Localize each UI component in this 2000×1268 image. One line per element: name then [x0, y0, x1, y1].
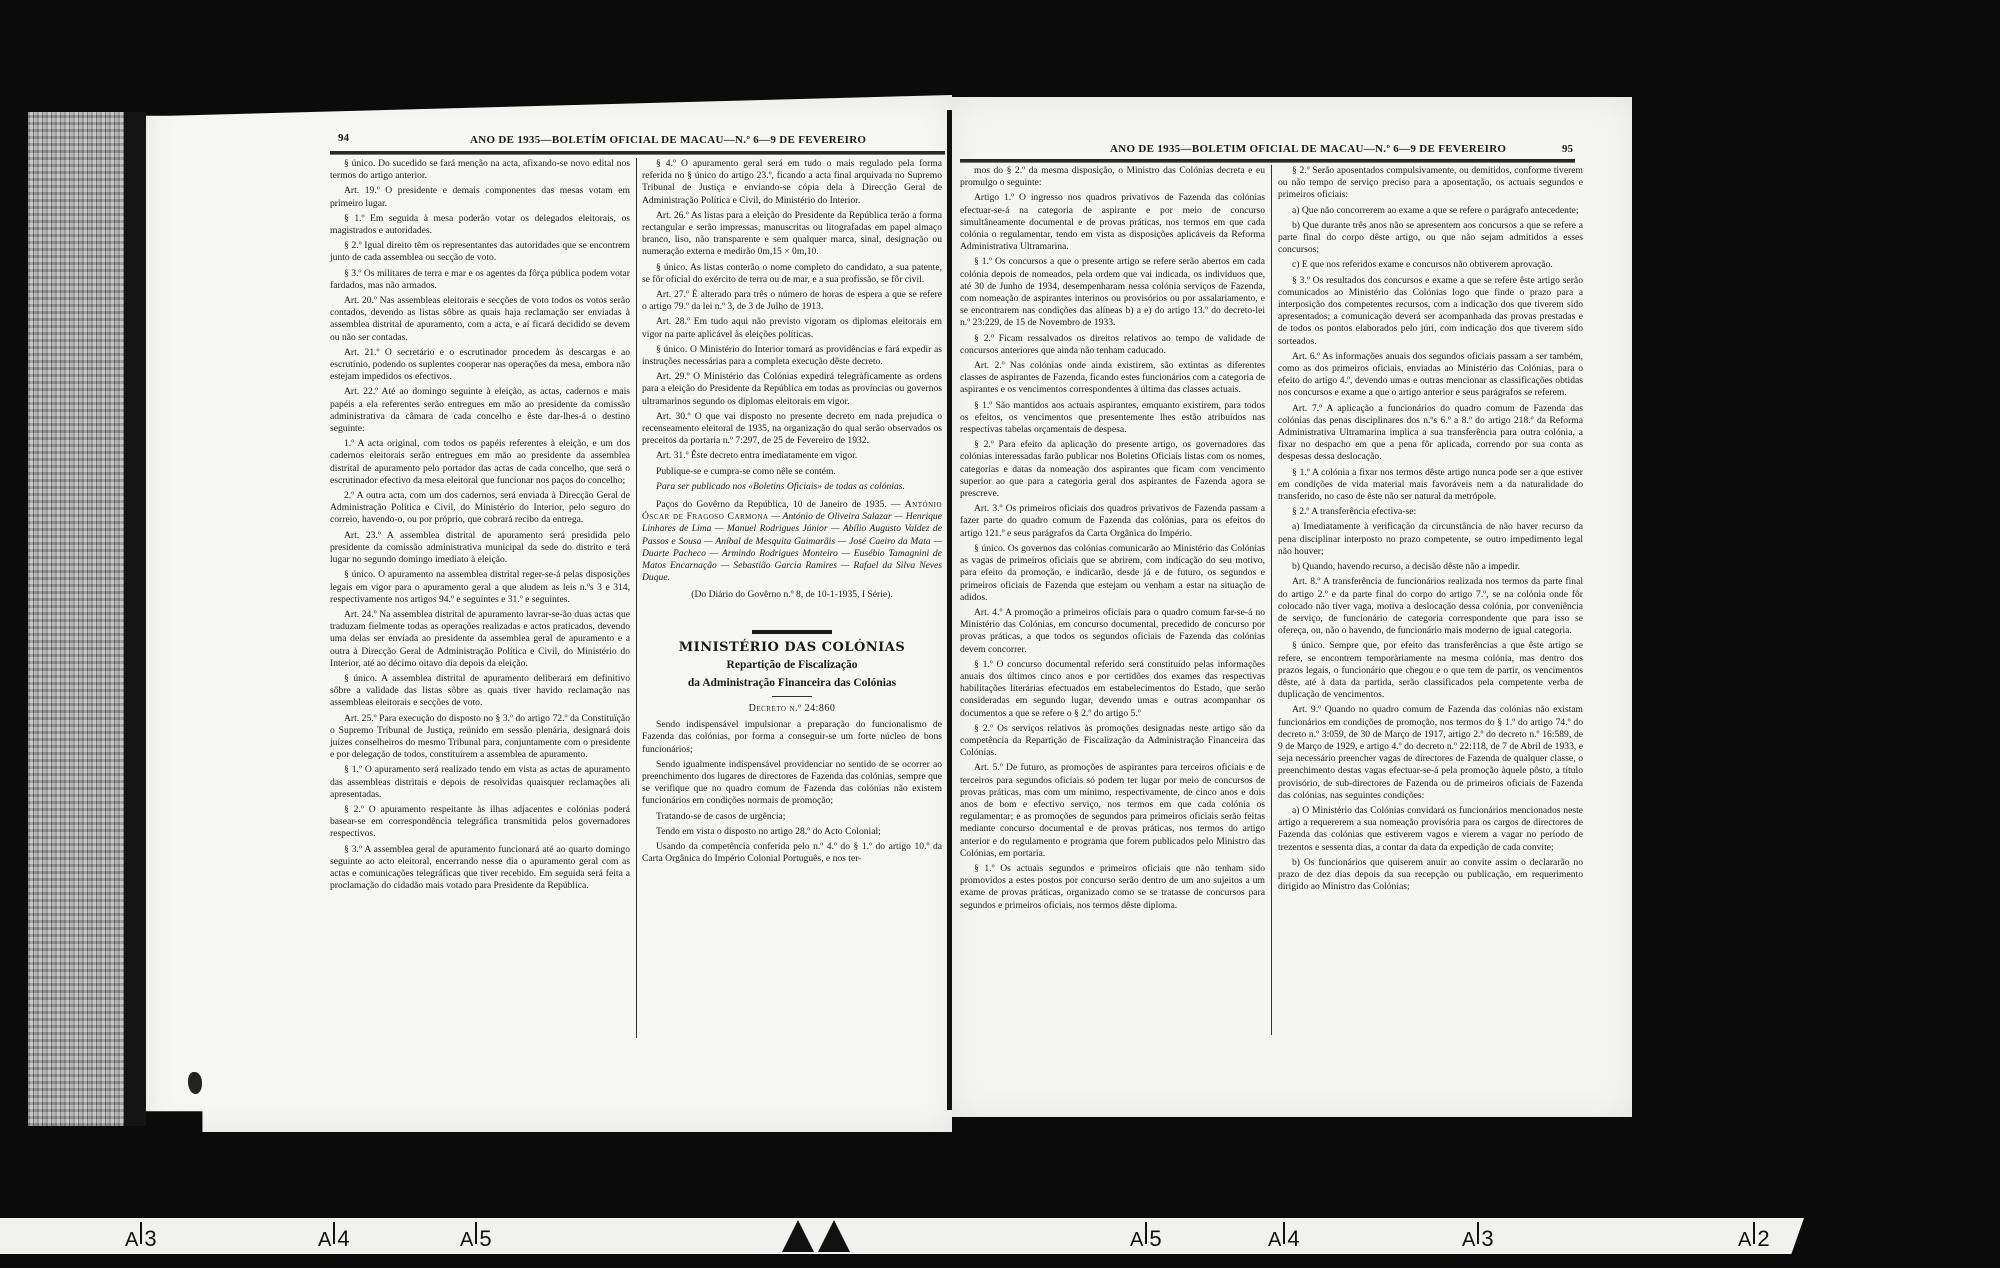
ink-smudge: [188, 1072, 202, 1094]
paragraph: Art. 28.º Em tudo aqui não previsto vigo…: [642, 316, 942, 340]
paragraph: § 1.º São mantidos aos actuais aspirante…: [960, 400, 1265, 437]
paragraph: § único. Os governos das colónias comuni…: [960, 543, 1265, 604]
heading-rule: [772, 696, 812, 697]
paragraph: Art. 19.º O presidente e demais componen…: [330, 185, 630, 209]
paragraph: Usando da competência conferida pelo n.º…: [642, 841, 942, 865]
paragraph: § 1.º O apuramento será realizado tendo …: [330, 764, 630, 801]
paragraph: Art. 21.º O secretário e o escrutinador …: [330, 347, 630, 384]
paragraph: a) O Ministério das Colónias convidará o…: [1278, 805, 1583, 854]
paragraph: § 2.º Os serviços relativos às promoções…: [960, 723, 1265, 760]
paragraph: § 2.º Ficam ressalvados os direitos rela…: [960, 333, 1265, 357]
paragraph: Art. 2.º Nas colónias onde ainda existir…: [960, 360, 1265, 397]
right-column-2: § 2.º Serão aposentados compulsivamente,…: [1278, 165, 1583, 896]
film-mark-left-1: A4: [318, 1222, 350, 1252]
source-note: (Do Diário do Govêrno n.º 8, de 10-1-193…: [642, 589, 942, 601]
left-column-divider: [636, 158, 637, 1038]
paragraph: Art. 4.º A promoção a primeiros oficiais…: [960, 607, 1265, 656]
paragraph: mos do § 2.º da mesma disposição, o Mini…: [960, 165, 1265, 189]
paragraph: § 2.º Serão aposentados compulsivamente,…: [1278, 165, 1583, 202]
paragraph: § 4.º O apuramento geral será em tudo o …: [642, 158, 942, 207]
microfilm-strip: [0, 1218, 1804, 1254]
film-notch-left: [782, 1220, 814, 1252]
film-mark-right-0: A5: [1130, 1222, 1162, 1252]
paragraph: § 2.º Para efeito da aplicação do presen…: [960, 439, 1265, 500]
page-gutter: [947, 110, 952, 1110]
paragraph: b) Que durante três anos não se apresent…: [1278, 220, 1583, 257]
section-heading: MINISTÉRIO DAS COLÓNIAS Repartição de Fi…: [642, 642, 942, 690]
paragraph: § único. A assemblea distrital de apuram…: [330, 673, 630, 710]
paragraph: b) Os funcionários que quiserem anuir ao…: [1278, 857, 1583, 894]
right-column-1: mos do § 2.º da mesma disposição, o Mini…: [960, 165, 1265, 915]
paragraph: § 1.º O concurso documental referido ser…: [960, 659, 1265, 720]
publication-note: Para ser publicado nos «Boletins Oficiai…: [642, 481, 942, 493]
film-mark-left-0: A3: [125, 1222, 157, 1252]
paragraph: § 1.º A colónia a fixar nos termos dêste…: [1278, 467, 1583, 504]
left-header-rule: [330, 151, 945, 155]
paragraph: Sendo igualmente indispensável providenc…: [642, 759, 942, 808]
paragraph: Art. 26.º As listas para a eleição do Pr…: [642, 210, 942, 259]
paragraph: Art. 25.º Para execução do disposto no §…: [330, 713, 630, 762]
paragraph: Tratando-se de casos de urgência;: [642, 811, 942, 823]
left-column-2: § 4.º O apuramento geral será em tudo o …: [642, 158, 942, 868]
paragraph: § 2.º A transferência efectiva-se:: [1278, 506, 1583, 518]
paragraph: Art. 6.º As informações anuais dos segun…: [1278, 351, 1583, 400]
right-header-rule: [960, 159, 1575, 163]
film-mark-right-1: A4: [1268, 1222, 1300, 1252]
left-column-1: § único. Do sucedido se fará menção na a…: [330, 158, 630, 895]
film-mark-left-2: A5: [460, 1222, 492, 1252]
paragraph: c) E que nos referidos exame e concursos…: [1278, 259, 1583, 271]
film-mark-right-3: A2: [1738, 1222, 1770, 1252]
paragraph: Art. 8.º A transferência de funcionários…: [1278, 576, 1583, 637]
paragraph: § 3.º Os militares de terra e mar e os a…: [330, 268, 630, 292]
paragraph: § 1.º Os actuais segundos e primeiros of…: [960, 863, 1265, 912]
paragraph: Art. 5.º De futuro, as promoções de aspi…: [960, 762, 1265, 860]
paragraph: Publique-se e cumpra-se como nêle se con…: [642, 466, 942, 478]
paragraph: Sendo indispensável impulsionar a prepar…: [642, 719, 942, 756]
paragraph: § único. Sempre que, por efeito das tran…: [1278, 640, 1583, 701]
right-running-head: ANO DE 1935—BOLETIM OFICIAL DE MACAU—N.º…: [1110, 143, 1506, 155]
paragraph: Art. 30.º O que vai disposto no presente…: [642, 411, 942, 448]
paragraph: Art. 24.º Na assemblea distrital de apur…: [330, 609, 630, 670]
paragraph: Art. 3.º Os primeiros oficiais dos quadr…: [960, 503, 1265, 540]
paragraph: § 2.º Igual direito têm os representante…: [330, 240, 630, 264]
paragraph: § único. Do sucedido se fará menção na a…: [330, 158, 630, 182]
film-edge-shadow: [124, 112, 146, 1126]
right-column-divider: [1271, 165, 1272, 1035]
paragraph: § 2.º O apuramento respeitante às ilhas …: [330, 804, 630, 841]
paragraph: 1.º A acta original, com todos os papéis…: [330, 438, 630, 487]
paragraph: Art. 22.º Até ao domingo seguinte à elei…: [330, 386, 630, 435]
section-divider: [752, 630, 832, 634]
ministry-title: MINISTÉRIO DAS COLÓNIAS: [642, 642, 942, 654]
paragraph: § único. O apuramento na assemblea distr…: [330, 569, 630, 606]
paragraph: Art. 31.º Êste decreto entra imediatamen…: [642, 450, 942, 462]
film-mark-right-2: A3: [1462, 1222, 1494, 1252]
decree-number: Decreto n.º 24:860: [642, 703, 942, 715]
department-line-1: Repartição de Fiscalização: [642, 658, 942, 672]
paragraph: b) Quando, havendo recurso, a decisão dê…: [1278, 561, 1583, 573]
paragraph: Art. 29.º O Ministério das Colónias expe…: [642, 371, 942, 408]
left-running-head: ANO DE 1935—BOLETÍM OFICIAL DE MACAU—N.º…: [470, 134, 866, 146]
signature-block: Paços do Govêrno da República, 10 de Jan…: [642, 499, 942, 584]
paragraph: § único. As listas conterão o nome compl…: [642, 262, 942, 286]
right-page-number: 95: [1562, 143, 1573, 155]
paragraph: Art. 27.º É alterado para três o número …: [642, 289, 942, 313]
paragraph: § 3.º A assemblea geral de apuramento fu…: [330, 844, 630, 893]
paragraph: Art. 20.º Nas assembleas eleitorais e se…: [330, 295, 630, 344]
paragraph: § 3.º Os resultados dos concursos e exam…: [1278, 275, 1583, 348]
paragraph: Artigo 1.º O ingresso nos quadros privat…: [960, 192, 1265, 253]
paragraph: Art. 23.º A assemblea distrital de apura…: [330, 530, 630, 567]
film-notch-right: [818, 1220, 850, 1252]
paragraph: Art. 9.º Quando no quadro comum de Fazen…: [1278, 704, 1583, 802]
paragraph: Tendo em vista o disposto no artigo 28.º…: [642, 826, 942, 838]
left-page-number: 94: [338, 132, 349, 144]
paragraph: § único. O Ministério do Interior tomará…: [642, 344, 942, 368]
paragraph: a) Imediatamente à verificação da circun…: [1278, 521, 1583, 558]
signature-place-date: Paços do Govêrno da República, 10 de Jan…: [656, 499, 901, 510]
paragraph: a) Que não concorrerem ao exame a que se…: [1278, 205, 1583, 217]
paragraph: § 1.º Em seguida à mesa poderão votar os…: [330, 213, 630, 237]
paragraph: § 1.º Os concursos a que o presente arti…: [960, 256, 1265, 329]
paragraph: Art. 7.º A aplicação a funcionários do q…: [1278, 403, 1583, 464]
department-line-2: da Administração Financeira das Colónias: [642, 676, 942, 690]
film-edge-strip: [28, 112, 124, 1126]
paragraph: 2.º A outra acta, com um dos cadernos, s…: [330, 490, 630, 527]
